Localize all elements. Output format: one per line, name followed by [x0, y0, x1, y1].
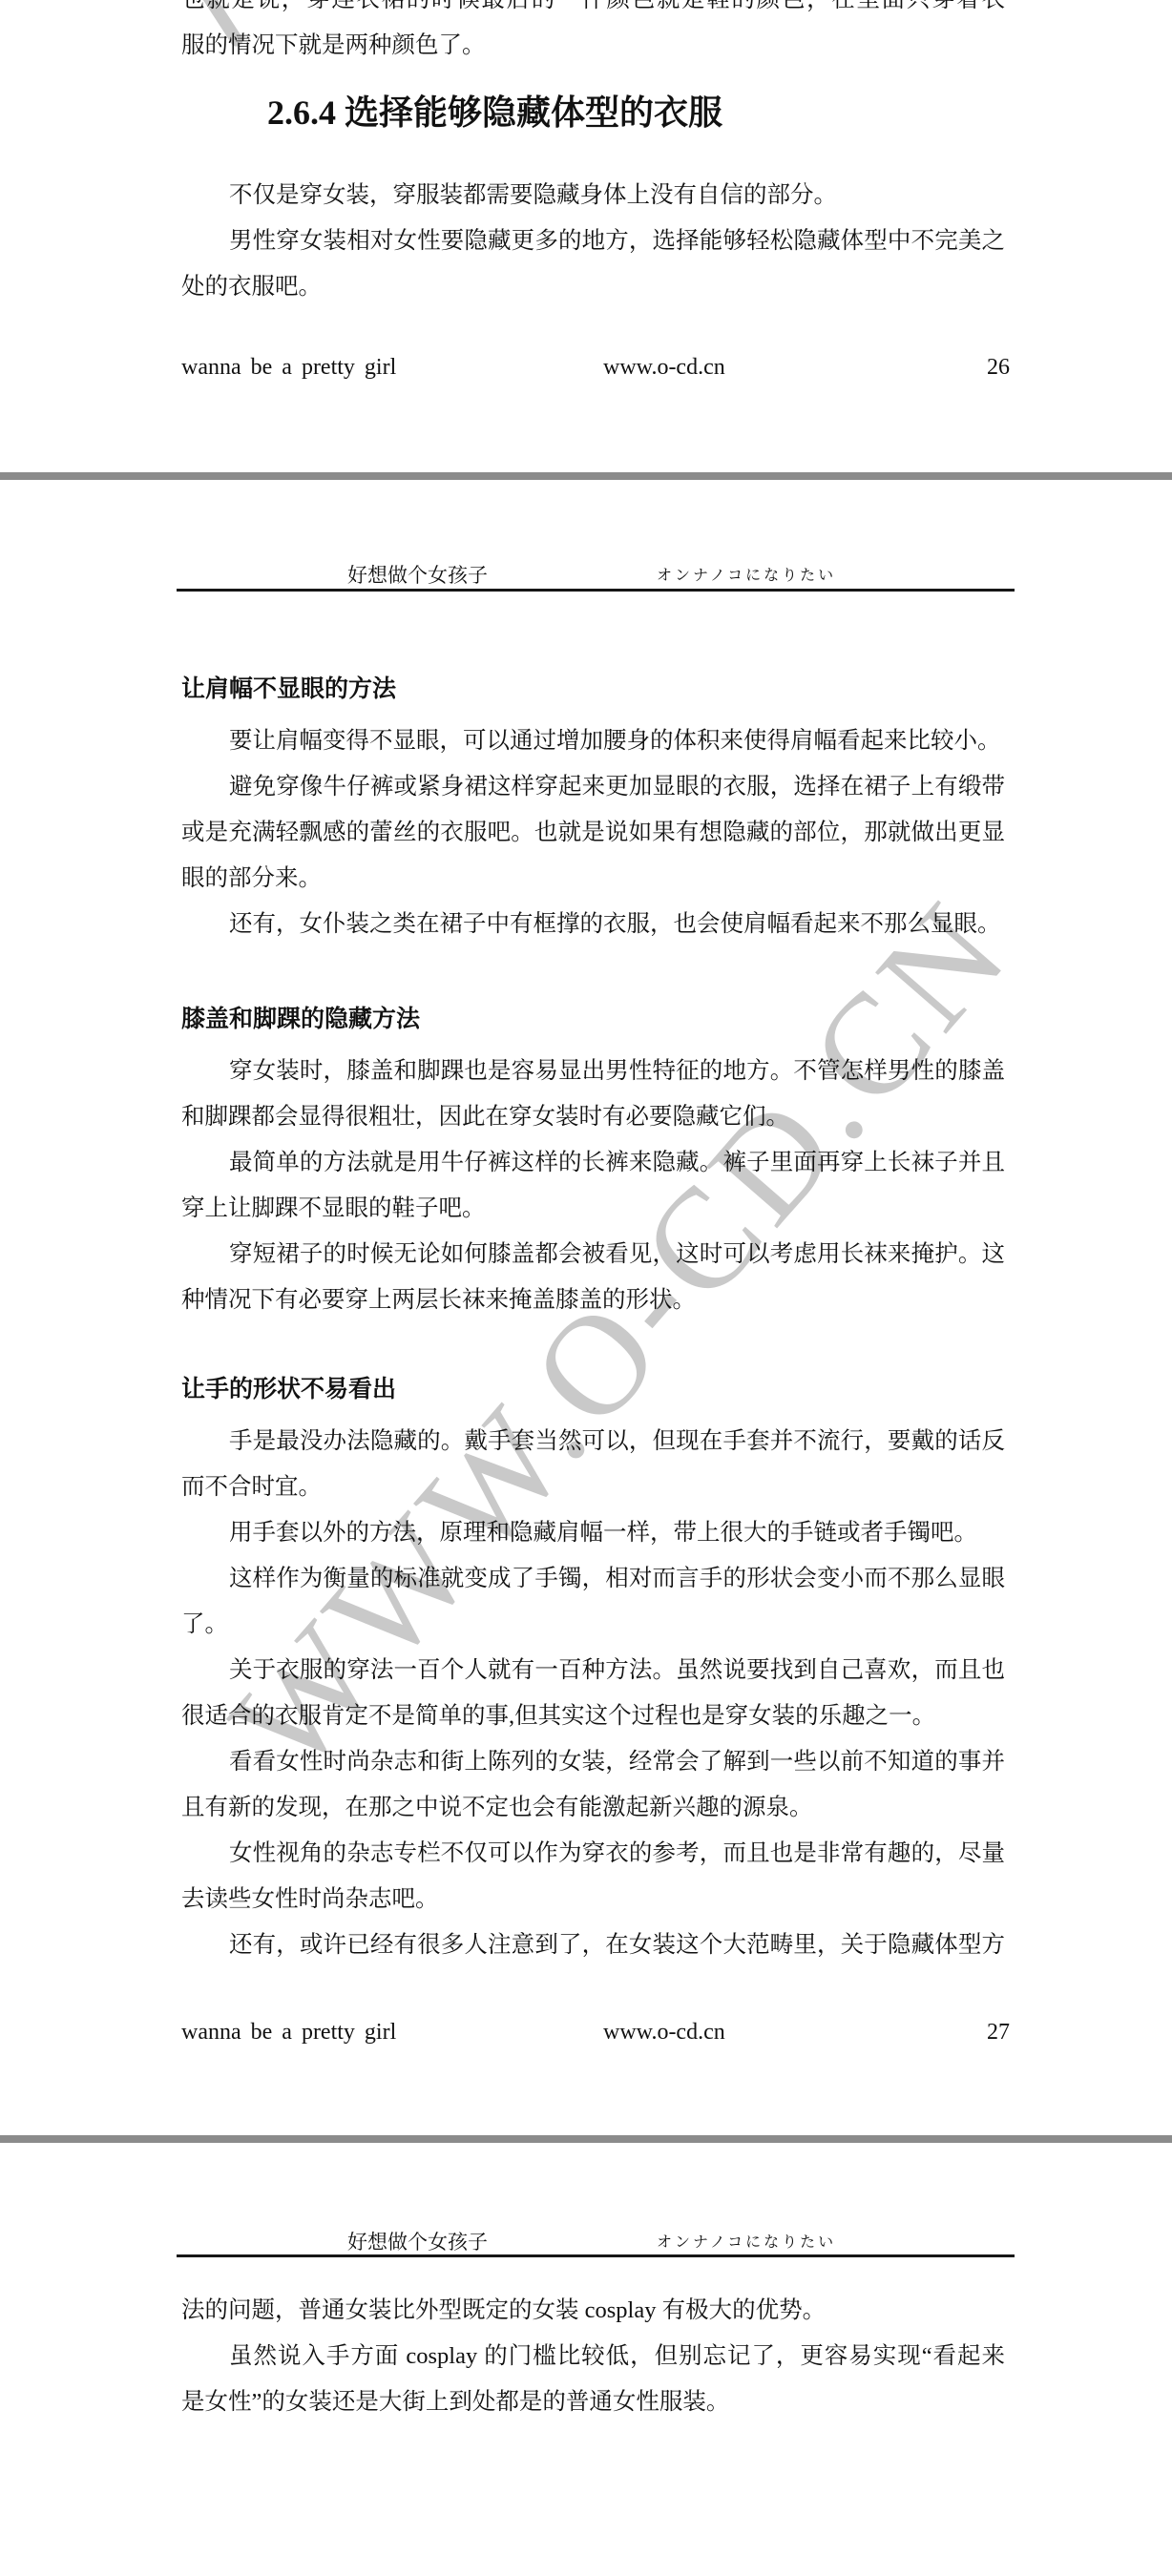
text-line: 穿上让脚踝不显眼的鞋子吧。 — [181, 1186, 1005, 1232]
running-header-title-cn: 好想做个女孩子 — [347, 563, 488, 588]
page-28: 好想做个女孩子 オンナノコになりたい 法的问题，普通女装比外型既定的女装 cos… — [0, 2143, 1172, 2576]
paragraph-block: 法的问题，普通女装比外型既定的女装 cosplay 有极大的优势。虽然说入手方面… — [181, 2288, 1005, 2425]
page-27: 好想做个女孩子 オンナノコになりたい 让肩幅不显眼的方法要让肩幅变得不显眼，可以… — [0, 480, 1172, 2135]
text-line: 穿女装时，膝盖和脚踝也是容易显出男性特征的地方。不管怎样男性的膝盖 — [181, 1049, 1005, 1094]
text-line: 而不合时宜。 — [181, 1465, 1005, 1510]
text-line: 去读些女性时尚杂志吧。 — [181, 1877, 1005, 1922]
footer-site-url: www.o-cd.cn — [603, 353, 725, 382]
text-line: 要让肩幅变得不显眼，可以通过增加腰身的体积来使得肩幅看起来比较小。 — [181, 718, 1005, 764]
text-line: 用手套以外的方法，原理和隐藏肩幅一样，带上很大的手链或者手镯吧。 — [181, 1510, 1005, 1556]
running-header-title-jp: オンナノコになりたい — [657, 2233, 836, 2254]
text-line: 还有，或许已经有很多人注意到了，在女装这个大范畴里，关于隐藏体型方 — [181, 1922, 1005, 1968]
page-footer: wanna be a pretty girl www.o-cd.cn 27 — [0, 2018, 1172, 2046]
paragraph-block: 不仅是穿女装，穿服装都需要隐藏身体上没有自信的部分。男性穿女装相对女性要隐藏更多… — [181, 173, 1005, 310]
section-heading: 让肩幅不显眼的方法 — [181, 666, 1005, 712]
running-header-title-jp: オンナノコになりたい — [657, 566, 836, 587]
text-line: 是女性”的女装还是大街上到处都是的普通女性服装。 — [181, 2379, 1005, 2425]
text-line: 服的情况下就是两种颜色了。 — [181, 23, 1005, 69]
footer-site-url: www.o-cd.cn — [603, 2018, 725, 2046]
text-line: 虽然说入手方面 cosplay 的门槛比较低，但别忘记了，更容易实现“看起来 — [181, 2334, 1005, 2379]
text-line: 和脚踝都会显得很粗壮，因此在穿女装时有必要隐藏它们。 — [181, 1094, 1005, 1140]
section-shoulder-width: 让肩幅不显眼的方法要让肩幅变得不显眼，可以通过增加腰身的体积来使得肩幅看起来比较… — [181, 666, 1005, 947]
text-line: 不仅是穿女装，穿服装都需要隐藏身体上没有自信的部分。 — [181, 173, 1005, 218]
text-line: 法的问题，普通女装比外型既定的女装 cosplay 有极大的优势。 — [181, 2288, 1005, 2334]
text-line: 避免穿像牛仔裤或紧身裙这样穿起来更加显眼的衣服，选择在裙子上有缎带 — [181, 764, 1005, 810]
text-line: 还有，女仆装之类在裙子中有框撑的衣服，也会使肩幅看起来不那么显眼。 — [181, 902, 1005, 947]
paragraph-continued: 也就是说，穿连衣裙的时候最后的一件颜色就是鞋的颜色，在里面只穿着衣服的情况下就是… — [181, 0, 1005, 69]
text-line: 种情况下有必要穿上两层长袜来掩盖膝盖的形状。 — [181, 1278, 1005, 1323]
text-line: 穿短裙子的时候无论如何膝盖都会被看见，这时可以考虑用长袜来掩护。这 — [181, 1232, 1005, 1278]
page-26: 也就是说，穿连衣裙的时候最后的一件颜色就是鞋的颜色，在里面只穿着衣服的情况下就是… — [0, 0, 1172, 472]
text-line: 手是最没办法隐藏的。戴手套当然可以，但现在手套并不流行，要戴的话反 — [181, 1419, 1005, 1465]
text-line: 最简单的方法就是用牛仔裤这样的长裤来隐藏。裤子里面再穿上长袜子并且 — [181, 1140, 1005, 1186]
text-line: 男性穿女装相对女性要隐藏更多的地方，选择能够轻松隐藏体型中不完美之 — [181, 218, 1005, 264]
header-rule — [177, 589, 1015, 592]
running-header-title-cn: 好想做个女孩子 — [347, 2230, 488, 2254]
page-gap-divider — [0, 472, 1172, 480]
footer-book-title: wanna be a pretty girl — [181, 2018, 396, 2046]
text-line: 且有新的发现，在那之中说不定也会有能激起新兴趣的源泉。 — [181, 1785, 1005, 1831]
text-line: 很适合的衣服肯定不是简单的事,但其实这个过程也是穿女装的乐趣之一。 — [181, 1693, 1005, 1739]
section-knees-ankles: 膝盖和脚踝的隐藏方法穿女装时，膝盖和脚踝也是容易显出男性特征的地方。不管怎样男性… — [181, 996, 1005, 1323]
footer-page-number: 27 — [987, 2018, 1010, 2046]
text-line: 处的衣服吧。 — [181, 264, 1005, 310]
section-heading: 膝盖和脚踝的隐藏方法 — [181, 996, 1005, 1042]
text-line: 眼的部分来。 — [181, 856, 1005, 902]
text-line: 或是充满轻飘感的蕾丝的衣服吧。也就是说如果有想隐藏的部位，那就做出更显 — [181, 810, 1005, 856]
footer-book-title: wanna be a pretty girl — [181, 353, 396, 382]
text-line: 看看女性时尚杂志和街上陈列的女装，经常会了解到一些以前不知道的事并 — [181, 1739, 1005, 1785]
text-line: 了。 — [181, 1602, 1005, 1648]
text-line: 这样作为衡量的标准就变成了手镯，相对而言手的形状会变小而不那么显眼 — [181, 1556, 1005, 1602]
section-hand-shape: 让手的形状不易看出手是最没办法隐藏的。戴手套当然可以，但现在手套并不流行，要戴的… — [181, 1366, 1005, 1968]
header-rule — [177, 2254, 1015, 2257]
footer-page-number: 26 — [987, 353, 1010, 382]
text-line: 关于衣服的穿法一百个人就有一百种方法。虽然说要找到自己喜欢，而且也 — [181, 1648, 1005, 1693]
text-line: 也就是说，穿连衣裙的时候最后的一件颜色就是鞋的颜色，在里面只穿着衣 — [181, 0, 1005, 23]
document-viewport: WWW.O-CD.CN 也就是说，穿连衣裙的时候最后的一件颜色就是鞋的颜色，在里… — [0, 0, 1172, 2576]
page-footer: wanna be a pretty girl www.o-cd.cn 26 — [0, 353, 1172, 382]
section-heading: 让手的形状不易看出 — [181, 1366, 1005, 1412]
page-gap-divider — [0, 2135, 1172, 2143]
chapter-heading: 2.6.4 选择能够隐藏体型的衣服 — [267, 90, 722, 135]
text-line: 女性视角的杂志专栏不仅可以作为穿衣的参考，而且也是非常有趣的，尽量 — [181, 1831, 1005, 1877]
